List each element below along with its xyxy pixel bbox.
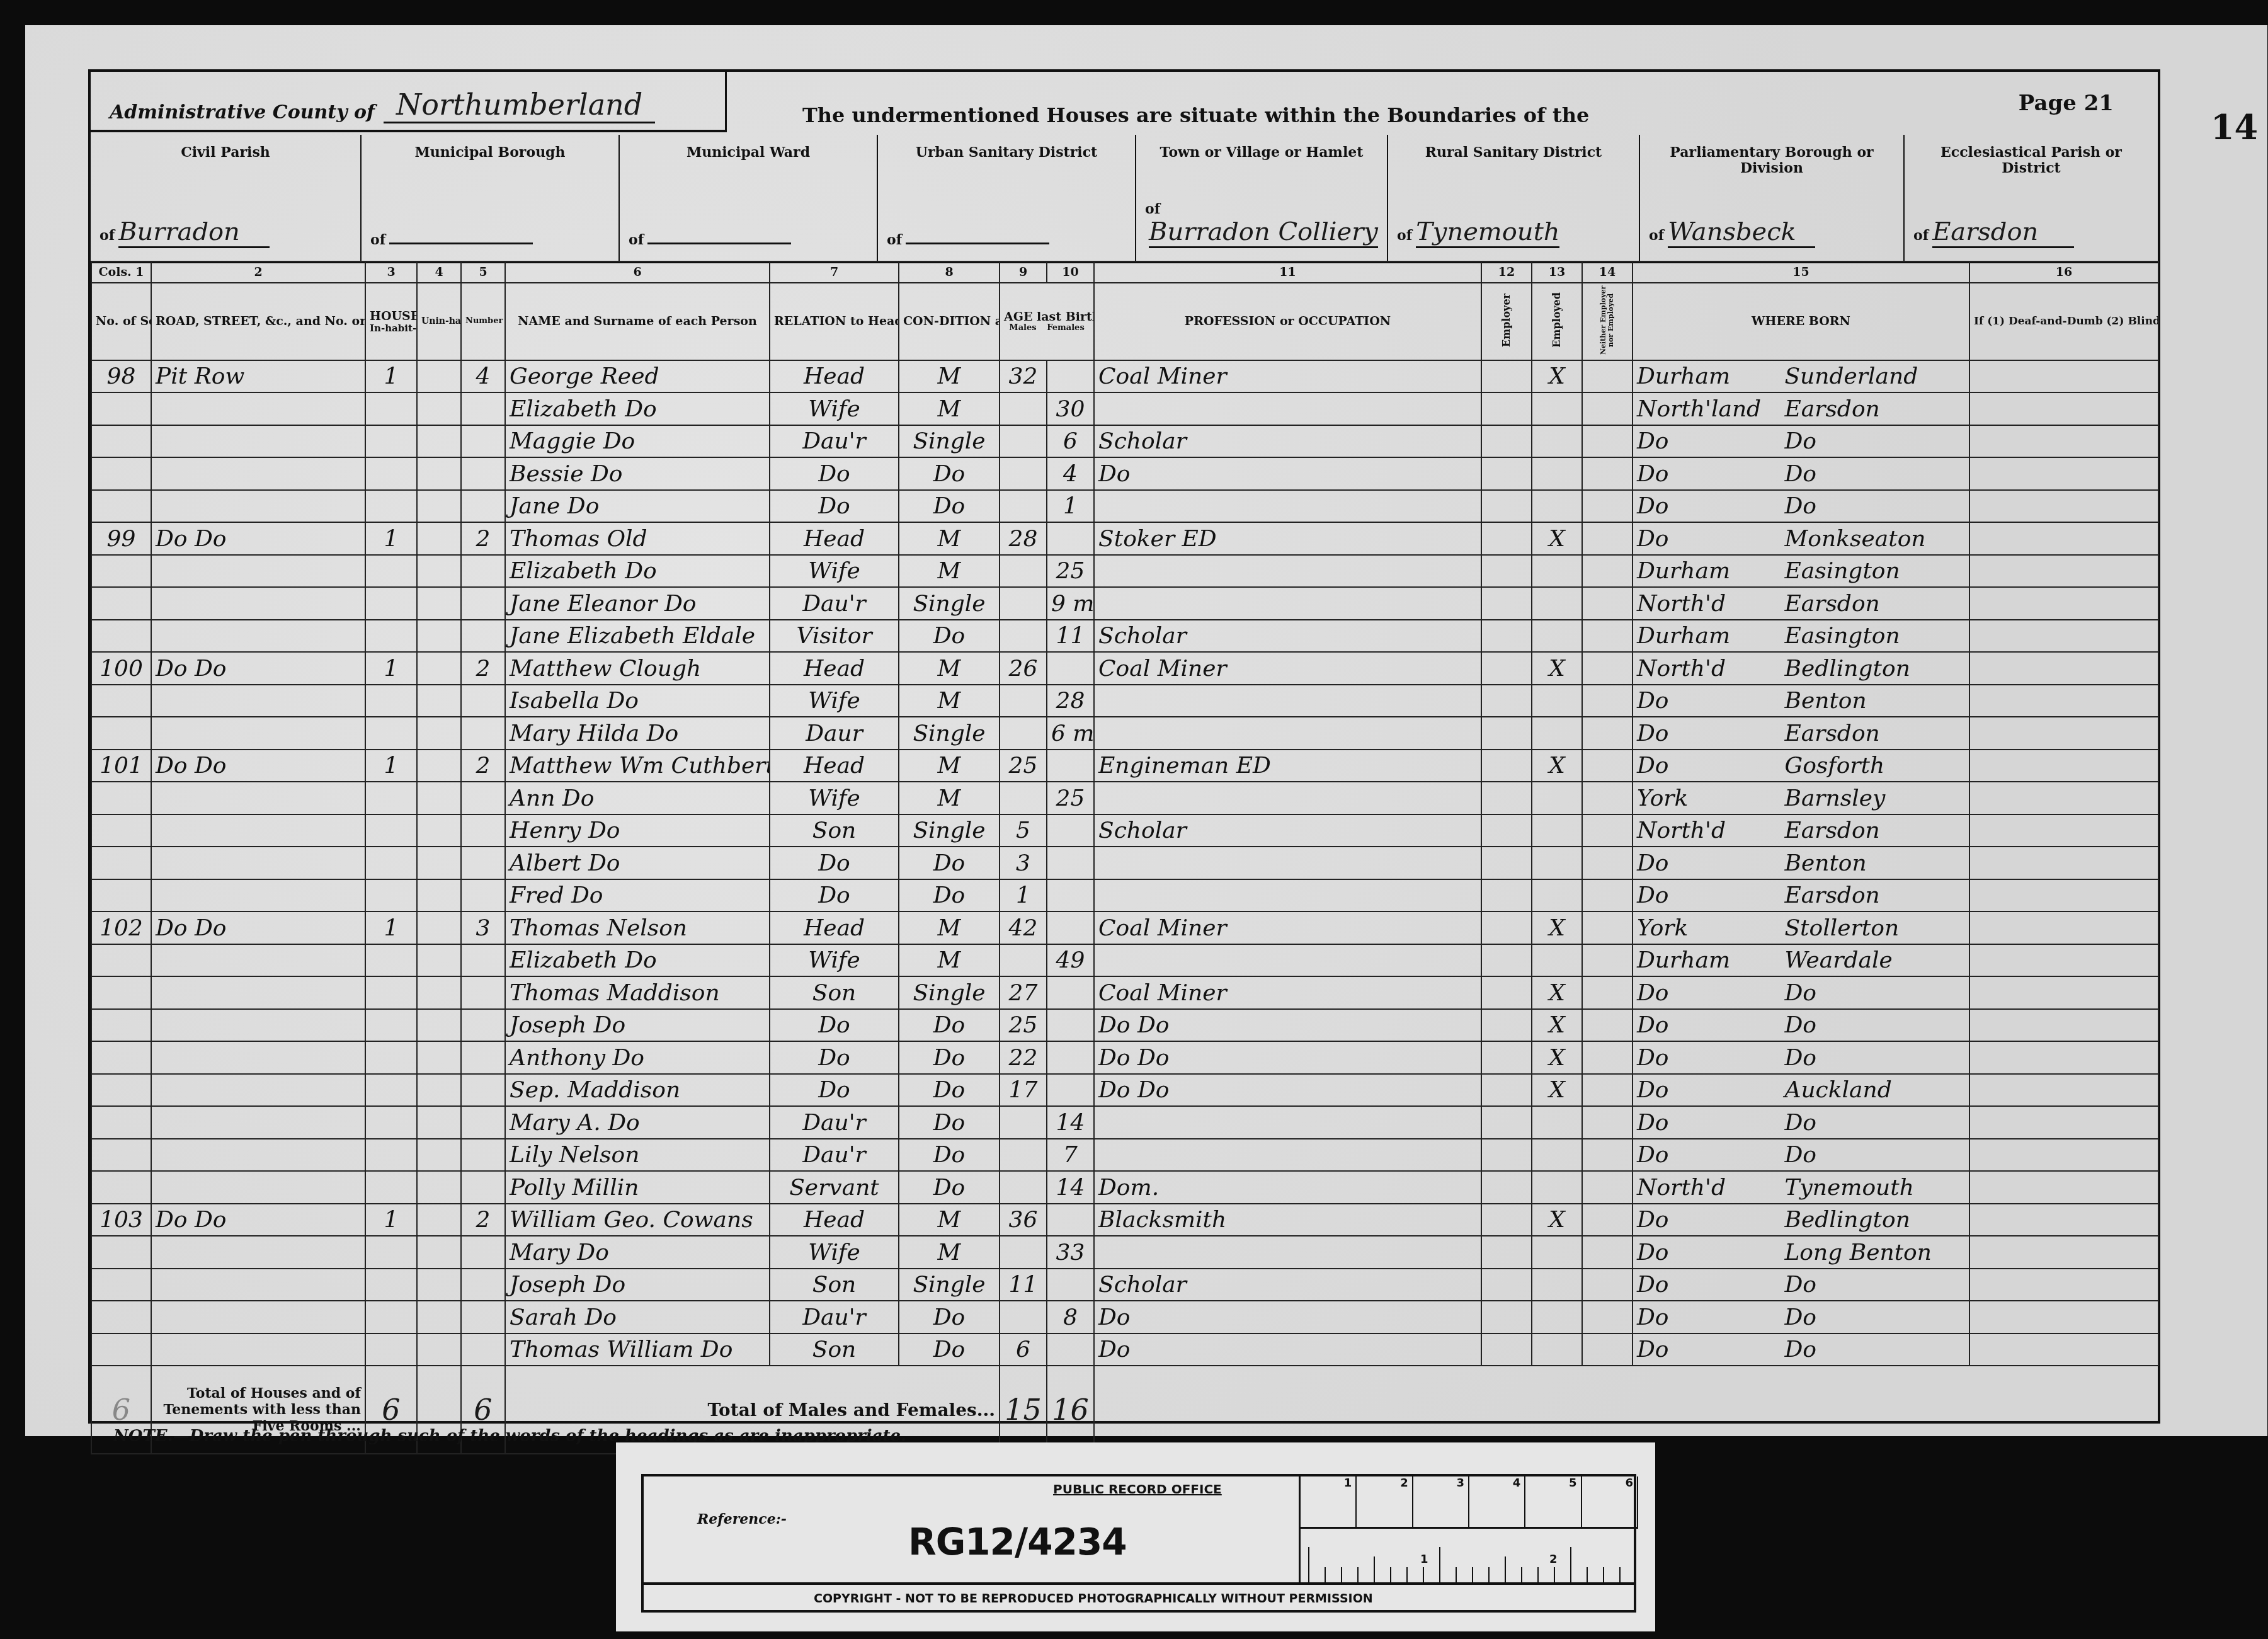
relation-cell: Son — [770, 814, 899, 847]
born-county: Do — [1637, 1337, 1784, 1362]
schedule-number-cell — [91, 1301, 151, 1333]
relation-cell: Wife — [770, 392, 899, 425]
address-cell — [151, 782, 365, 814]
born-county: Do — [1637, 753, 1784, 779]
relation-cell: Wife — [770, 685, 899, 717]
schedule-number-cell — [91, 1074, 151, 1107]
where-born-cell: DoGosforth — [1633, 750, 1969, 782]
uninhabited-cell — [417, 1171, 461, 1204]
infirmity-cell — [1969, 1009, 2158, 1042]
district-field: Urban Sanitary District of — [878, 135, 1136, 261]
uninhabited-cell — [417, 1204, 461, 1236]
born-place: Do — [1784, 980, 1932, 1006]
uninhabited-cell — [417, 1041, 461, 1074]
age-female-cell: 49 — [1047, 944, 1094, 977]
where-born-cell: DoDo — [1633, 490, 1969, 523]
age-male-cell — [1000, 1171, 1047, 1204]
uninhabited-cell — [417, 750, 461, 782]
occupation-cell: Do — [1094, 1333, 1481, 1366]
where-born-cell: DoEarsdon — [1633, 879, 1969, 912]
relation-cell: Wife — [770, 555, 899, 588]
neither-cell — [1582, 847, 1633, 879]
table-row: Joseph DoDoDo25Do DoXDoDo — [91, 1009, 2158, 1042]
rooms-cell — [461, 685, 505, 717]
where-born-cell: DoLong Benton — [1633, 1236, 1969, 1269]
infirmity-cell — [1969, 1041, 2158, 1074]
born-place: Earsdon — [1784, 818, 1932, 843]
neither-cell — [1582, 587, 1633, 620]
inhabited-cell: 1 — [365, 522, 417, 555]
uninhabited-cell — [417, 652, 461, 685]
schedule-number-cell — [91, 879, 151, 912]
occupation-cell: Dom. — [1094, 1171, 1481, 1204]
district-handwritten — [906, 243, 1049, 244]
address-cell — [151, 1333, 365, 1366]
census-form: Administrative County of Northumberland … — [88, 69, 2160, 1424]
age-male-cell: 22 — [1000, 1041, 1047, 1074]
neither-cell — [1582, 685, 1633, 717]
age-female-cell: 7 — [1047, 1139, 1094, 1172]
where-born-cell: DoDo — [1633, 457, 1969, 490]
age-female-cell: 8 — [1047, 1301, 1094, 1333]
county-value: Northumberland — [384, 88, 655, 123]
age-male-cell: 6 — [1000, 1333, 1047, 1366]
condition-cell: Single — [899, 425, 1000, 458]
inhabited-cell — [365, 976, 417, 1009]
born-place: Do — [1784, 1142, 1932, 1168]
neither-cell — [1582, 1106, 1633, 1139]
schedule-number-cell: 98 — [91, 360, 151, 393]
column-number: 4 — [417, 261, 461, 283]
column-number: 2 — [151, 261, 365, 283]
address-cell — [151, 1139, 365, 1172]
age-male-cell: 17 — [1000, 1074, 1047, 1107]
neither-cell — [1582, 1204, 1633, 1236]
infirmity-cell — [1969, 457, 2158, 490]
header-age: AGE last Birthday ofMalesFemales — [1000, 283, 1094, 360]
condition-cell: Do — [899, 1009, 1000, 1042]
person-name-cell: Thomas William Do — [505, 1333, 770, 1366]
inhabited-cell: 1 — [365, 911, 417, 944]
schedule-number-cell — [91, 490, 151, 523]
schedule-number-cell — [91, 425, 151, 458]
age-female-cell — [1047, 1009, 1094, 1042]
age-male-cell — [1000, 1106, 1047, 1139]
table-row: Sarah DoDau'rDo8DoDoDo — [91, 1301, 2158, 1333]
schedule-number-cell — [91, 1171, 151, 1204]
born-county: North'd — [1637, 591, 1784, 617]
born-place: Tynemouth — [1784, 1175, 1932, 1201]
employer-cell — [1481, 782, 1532, 814]
employed-cell: X — [1532, 1074, 1582, 1107]
rooms-cell — [461, 1333, 505, 1366]
employer-cell — [1481, 1333, 1532, 1366]
relation-cell: Visitor — [770, 620, 899, 653]
occupation-cell: Scholar — [1094, 814, 1481, 847]
person-name-cell: Albert Do — [505, 847, 770, 879]
column-number: 5 — [461, 261, 505, 283]
condition-cell: Single — [899, 587, 1000, 620]
employer-cell — [1481, 750, 1532, 782]
employed-cell — [1532, 490, 1582, 523]
age-male-cell — [1000, 1236, 1047, 1269]
header-born: WHERE BORN — [1633, 283, 1969, 360]
of-label: of — [887, 232, 902, 248]
district-handwritten: Tynemouth — [1416, 217, 1559, 248]
neither-cell — [1582, 1171, 1633, 1204]
born-county: North'd — [1637, 656, 1784, 682]
scale-mark: 5 — [1525, 1476, 1581, 1527]
condition-cell: M — [899, 522, 1000, 555]
employed-cell — [1532, 1301, 1582, 1333]
rooms-cell: 2 — [461, 750, 505, 782]
inhabited-cell — [365, 587, 417, 620]
infirmity-cell — [1969, 555, 2158, 588]
age-female-cell — [1047, 911, 1094, 944]
age-female-cell: 4 — [1047, 457, 1094, 490]
inhabited-cell: 1 — [365, 1204, 417, 1236]
occupation-cell — [1094, 1139, 1481, 1172]
born-county: North'd — [1637, 1175, 1784, 1201]
relation-cell: Dau'r — [770, 1139, 899, 1172]
relation-cell: Head — [770, 750, 899, 782]
occupation-cell — [1094, 1106, 1481, 1139]
employer-cell — [1481, 814, 1532, 847]
age-male-cell: 42 — [1000, 911, 1047, 944]
scale-mark: 1 — [1301, 1476, 1357, 1527]
where-born-cell: YorkBarnsley — [1633, 782, 1969, 814]
table-row: Jane Elizabeth EldaleVisitorDo11ScholarD… — [91, 620, 2158, 653]
born-county: North'land — [1637, 396, 1784, 422]
district-label: Civil Parish — [91, 145, 360, 161]
age-female-cell: 33 — [1047, 1236, 1094, 1269]
age-female-cell: 11 — [1047, 620, 1094, 653]
column-number: 14 — [1582, 261, 1633, 283]
rooms-cell — [461, 1139, 505, 1172]
uninhabited-cell — [417, 717, 461, 750]
district-handwritten: Burradon — [118, 217, 270, 248]
scale-tick — [1374, 1556, 1375, 1585]
infirmity-cell — [1969, 392, 2158, 425]
inhabited-cell — [365, 1106, 417, 1139]
schedule-number-cell — [91, 1269, 151, 1301]
neither-cell — [1582, 652, 1633, 685]
person-name-cell: Jane Elizabeth Eldale — [505, 620, 770, 653]
born-place: Benton — [1784, 688, 1932, 714]
district-label: Ecclesiastical Parish or District — [1905, 145, 2158, 177]
relation-cell: Head — [770, 522, 899, 555]
neither-cell — [1582, 750, 1633, 782]
uninhabited-cell — [417, 457, 461, 490]
relation-cell: Servant — [770, 1171, 899, 1204]
condition-cell: Single — [899, 1269, 1000, 1301]
where-born-cell: DurhamWeardale — [1633, 944, 1969, 977]
condition-cell: Do — [899, 1106, 1000, 1139]
uninhabited-cell — [417, 944, 461, 977]
schedule-number-cell — [91, 1333, 151, 1366]
person-name-cell: William Geo. Cowans — [505, 1204, 770, 1236]
occupation-cell — [1094, 944, 1481, 977]
margin-mark: 6 — [112, 1393, 130, 1427]
employed-cell — [1532, 717, 1582, 750]
relation-cell: Dau'r — [770, 1301, 899, 1333]
neither-cell — [1582, 1074, 1633, 1107]
condition-cell: M — [899, 1236, 1000, 1269]
neither-cell — [1582, 1041, 1633, 1074]
occupation-cell — [1094, 879, 1481, 912]
inhabited-cell — [365, 425, 417, 458]
employed-cell — [1532, 1171, 1582, 1204]
employed-cell — [1532, 944, 1582, 977]
rooms-cell — [461, 587, 505, 620]
census-table: Cols. 12345678910111213141516 No. of Sch… — [91, 261, 2159, 1454]
age-male-cell — [1000, 555, 1047, 588]
employed-cell — [1532, 782, 1582, 814]
measurement-scale: 123456 12 — [1299, 1476, 1638, 1585]
table-row: Henry DoSonSingle5ScholarNorth'dEarsdon — [91, 814, 2158, 847]
employed-cell: X — [1532, 652, 1582, 685]
where-born-cell: DoEarsdon — [1633, 717, 1969, 750]
of-label: of — [370, 232, 385, 248]
employed-cell: X — [1532, 522, 1582, 555]
scale-inches: 123456 — [1301, 1476, 1638, 1529]
table-row: Jane Eleanor DoDau'rSingle9 monthsNorth'… — [91, 587, 2158, 620]
infirmity-cell — [1969, 814, 2158, 847]
uninhabited-cell — [417, 1333, 461, 1366]
district-handwritten — [647, 243, 791, 244]
inhabited-cell — [365, 814, 417, 847]
uninhabited-cell — [417, 425, 461, 458]
infirmity-cell — [1969, 652, 2158, 685]
employer-cell — [1481, 944, 1532, 977]
born-place: Monkseaton — [1784, 526, 1932, 552]
age-female-cell — [1047, 1041, 1094, 1074]
scale-cm: 12 — [1301, 1529, 1638, 1585]
infirmity-cell — [1969, 685, 2158, 717]
employer-cell — [1481, 392, 1532, 425]
person-name-cell: George Reed — [505, 360, 770, 393]
born-county: Durham — [1637, 947, 1784, 973]
neither-cell — [1582, 522, 1633, 555]
age-male-cell: 5 — [1000, 814, 1047, 847]
neither-cell — [1582, 1139, 1633, 1172]
table-row: Thomas MaddisonSonSingle27Coal MinerXDoD… — [91, 976, 2158, 1009]
condition-cell: Do — [899, 1171, 1000, 1204]
where-born-cell: DoDo — [1633, 1333, 1969, 1366]
address-cell: Do Do — [151, 1204, 365, 1236]
rooms-cell — [461, 879, 505, 912]
inhabited-cell — [365, 1333, 417, 1366]
rooms-cell — [461, 814, 505, 847]
uninhabited-cell — [417, 976, 461, 1009]
header-age-label: AGE last Birthday of — [1004, 311, 1090, 324]
table-row: Bessie DoDoDo4DoDoDo — [91, 457, 2158, 490]
address-cell: Do Do — [151, 750, 365, 782]
inhabited-cell: 1 — [365, 360, 417, 393]
born-place: Earsdon — [1784, 591, 1932, 617]
infirmity-cell — [1969, 1301, 2158, 1333]
employer-cell — [1481, 522, 1532, 555]
occupation-cell: Coal Miner — [1094, 360, 1481, 393]
age-male-cell: 27 — [1000, 976, 1047, 1009]
inhabited-cell — [365, 944, 417, 977]
district-field: Rural Sanitary District ofTynemouth — [1388, 135, 1640, 261]
age-female-cell: 30 — [1047, 392, 1094, 425]
born-place: Do — [1784, 1272, 1932, 1298]
uninhabited-cell — [417, 685, 461, 717]
address-cell — [151, 1009, 365, 1042]
neither-cell — [1582, 944, 1633, 977]
reference-number: RG12/4234 — [908, 1521, 1127, 1563]
born-place: Easington — [1784, 558, 1932, 584]
employer-cell — [1481, 652, 1532, 685]
born-county: York — [1637, 785, 1784, 811]
condition-cell: Do — [899, 620, 1000, 653]
occupation-cell — [1094, 685, 1481, 717]
occupation-cell: Stoker ED — [1094, 522, 1481, 555]
census-page: Administrative County of Northumberland … — [25, 25, 2267, 1436]
born-county: Do — [1637, 850, 1784, 876]
age-male-cell — [1000, 425, 1047, 458]
infirmity-cell — [1969, 1204, 2158, 1236]
employer-cell — [1481, 976, 1532, 1009]
scale-cm-label: 2 — [1549, 1553, 1558, 1566]
inhabited-cell — [365, 879, 417, 912]
employer-cell — [1481, 555, 1532, 588]
table-row: 98Pit Row14George ReedHeadM32Coal MinerX… — [91, 360, 2158, 393]
born-place: Bedlington — [1784, 656, 1932, 682]
employer-cell — [1481, 911, 1532, 944]
age-male-cell — [1000, 717, 1047, 750]
scale-tick — [1439, 1547, 1440, 1585]
occupation-cell: Do — [1094, 457, 1481, 490]
header-houses: HOUSES — [370, 310, 413, 323]
person-name-cell: Elizabeth Do — [505, 392, 770, 425]
table-row: 102Do Do13Thomas NelsonHeadM42Coal Miner… — [91, 911, 2158, 944]
infirmity-cell — [1969, 1236, 2158, 1269]
person-name-cell: Maggie Do — [505, 425, 770, 458]
rooms-cell — [461, 457, 505, 490]
district-label: Municipal Borough — [362, 145, 618, 161]
column-number: 10 — [1047, 261, 1094, 283]
of-label: of — [629, 232, 644, 248]
where-born-cell: DoDo — [1633, 1269, 1969, 1301]
uninhabited-cell — [417, 1074, 461, 1107]
header-infirmity: If (1) Deaf-and-Dumb (2) Blind (3) Lunat… — [1969, 283, 2158, 360]
column-number: 3 — [365, 261, 417, 283]
age-male-cell: 26 — [1000, 652, 1047, 685]
employed-cell — [1532, 392, 1582, 425]
employed-cell: X — [1532, 1041, 1582, 1074]
address-cell — [151, 1236, 365, 1269]
district-field: Civil Parish ofBurradon — [91, 135, 362, 261]
table-row: Maggie DoDau'rSingle6ScholarDoDo — [91, 425, 2158, 458]
infirmity-cell — [1969, 879, 2158, 912]
of-label: of — [1913, 227, 1929, 244]
person-name-cell: Fred Do — [505, 879, 770, 912]
born-place: Do — [1784, 1305, 1932, 1330]
person-name-cell: Matthew Clough — [505, 652, 770, 685]
where-born-cell: DurhamEasington — [1633, 620, 1969, 653]
scale-mark: 3 — [1413, 1476, 1469, 1527]
uninhabited-cell — [417, 1106, 461, 1139]
where-born-cell: DoDo — [1633, 1301, 1969, 1333]
occupation-cell: Scholar — [1094, 620, 1481, 653]
condition-cell: Do — [899, 1041, 1000, 1074]
header-name: NAME and Surname of each Person — [505, 283, 770, 360]
employer-cell — [1481, 717, 1532, 750]
rooms-cell — [461, 717, 505, 750]
address-cell — [151, 685, 365, 717]
where-born-cell: YorkStollerton — [1633, 911, 1969, 944]
inhabited-cell — [365, 717, 417, 750]
scale-mark: 6 — [1582, 1476, 1638, 1527]
column-number: 13 — [1532, 261, 1582, 283]
condition-cell: M — [899, 652, 1000, 685]
address-cell — [151, 555, 365, 588]
neither-cell — [1582, 1009, 1633, 1042]
employer-cell — [1481, 1236, 1532, 1269]
neither-cell — [1582, 911, 1633, 944]
county-header: Administrative County of Northumberland — [91, 72, 727, 132]
occupation-cell: Scholar — [1094, 1269, 1481, 1301]
district-handwritten: Wansbeck — [1668, 217, 1815, 248]
born-county: Do — [1637, 1110, 1784, 1136]
address-cell — [151, 392, 365, 425]
inhabited-cell — [365, 620, 417, 653]
uninhabited-cell — [417, 522, 461, 555]
relation-cell: Son — [770, 1333, 899, 1366]
rooms-cell — [461, 1171, 505, 1204]
person-name-cell: Anthony Do — [505, 1041, 770, 1074]
schedule-number-cell — [91, 587, 151, 620]
employed-cell — [1532, 587, 1582, 620]
person-name-cell: Elizabeth Do — [505, 555, 770, 588]
person-name-cell: Mary Do — [505, 1236, 770, 1269]
table-row: 100Do Do12Matthew CloughHeadM26Coal Mine… — [91, 652, 2158, 685]
tenements-total-value: 6 — [474, 1393, 492, 1427]
born-county: Do — [1637, 721, 1784, 746]
table-row: Anthony DoDoDo22Do DoXDoDo — [91, 1041, 2158, 1074]
employer-cell — [1481, 587, 1532, 620]
employer-cell — [1481, 847, 1532, 879]
occupation-cell — [1094, 782, 1481, 814]
occupation-cell: Do Do — [1094, 1009, 1481, 1042]
employer-cell — [1481, 1106, 1532, 1139]
column-number: Cols. 1 — [91, 261, 151, 283]
inhabited-cell — [365, 1236, 417, 1269]
header-address: ROAD, STREET, &c., and No. or NAME of HO… — [151, 283, 365, 360]
schedule-number-cell: 102 — [91, 911, 151, 944]
table-row: Elizabeth DoWifeM25DurhamEasington — [91, 555, 2158, 588]
born-place: Bedlington — [1784, 1207, 1932, 1233]
district-label: Urban Sanitary District — [878, 145, 1135, 161]
born-place: Benton — [1784, 850, 1932, 876]
neither-cell — [1582, 457, 1633, 490]
district-value: ofEarsdon — [1913, 217, 2149, 248]
header-employed: Employed — [1532, 283, 1582, 360]
born-place: Weardale — [1784, 947, 1932, 973]
table-row: Ann DoWifeM25YorkBarnsley — [91, 782, 2158, 814]
occupation-cell — [1094, 847, 1481, 879]
born-place: Sunderland — [1784, 363, 1932, 389]
infirmity-cell — [1969, 1333, 2158, 1366]
born-place: Do — [1784, 461, 1932, 487]
schedule-number-cell — [91, 555, 151, 588]
address-cell: Pit Row — [151, 360, 365, 393]
schedule-number-cell — [91, 620, 151, 653]
relation-cell: Dau'r — [770, 1106, 899, 1139]
